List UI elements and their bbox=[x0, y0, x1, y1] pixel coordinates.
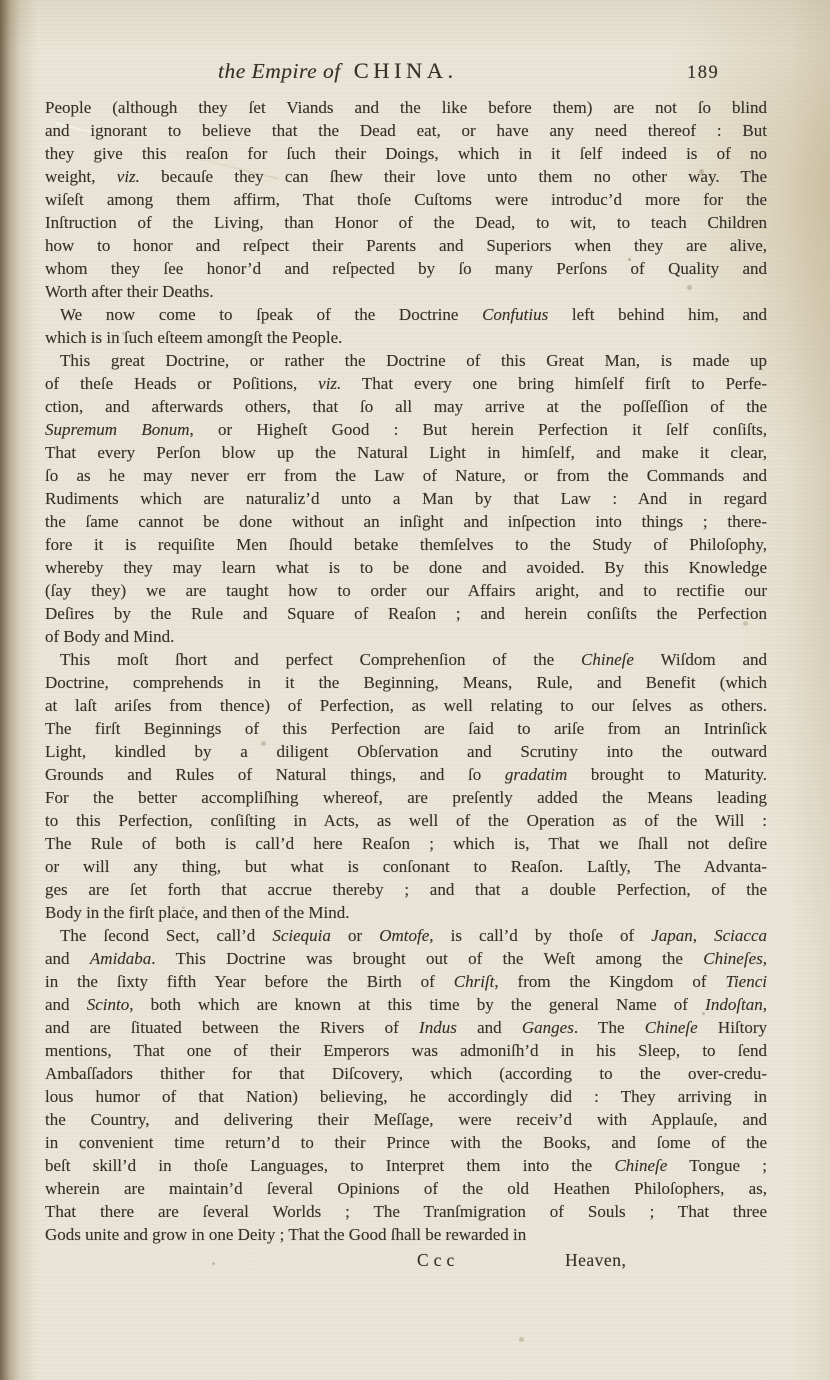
catchword: Heaven, bbox=[565, 1250, 626, 1271]
italic-term: Omtofe bbox=[379, 926, 429, 945]
text-line: whom they ſee honor’d and reſpected by ſ… bbox=[45, 257, 767, 280]
italic-term: gradatim bbox=[505, 765, 567, 784]
text-line: Inſtruction of the Living, than Honor of… bbox=[45, 211, 767, 234]
text-line: Rudiments which are naturaliz’d unto a M… bbox=[45, 487, 767, 510]
text-line: The Rule of both is call’d here Reaſon ;… bbox=[45, 832, 767, 855]
italic-term: Sciacca bbox=[714, 926, 767, 945]
italic-term: Tienci bbox=[725, 972, 767, 991]
text-line: Doctrine, comprehends in it the Beginnin… bbox=[45, 671, 767, 694]
text-line: ſo as he may never err from the Law of N… bbox=[45, 464, 767, 487]
text-line: how to honor and reſpect their Parents a… bbox=[45, 234, 767, 257]
italic-term: Chineſes bbox=[703, 949, 763, 968]
text-line: and Scinto, both which are known at this… bbox=[45, 993, 767, 1016]
body-text-block: People (although they ſet Viands and the… bbox=[45, 96, 767, 1246]
text-line: wiſeſt among them affirm, That thoſe Cuſ… bbox=[45, 188, 767, 211]
text-line: lous humor of that Nation) believing, he… bbox=[45, 1085, 767, 1108]
text-line: at laſt ariſes from thence) of Perfectio… bbox=[45, 694, 767, 717]
text-line: wherein are maintain’d ſeveral Opinions … bbox=[45, 1177, 767, 1200]
paragraph: This great Doctrine, or rather the Doctr… bbox=[45, 349, 767, 648]
text-line: in convenient time return’d to their Pri… bbox=[45, 1131, 767, 1154]
running-title-caps: CHINA. bbox=[354, 58, 458, 83]
italic-term: Amidaba bbox=[90, 949, 151, 968]
paragraph: The ſecond Sect, call’d Sciequia or Omto… bbox=[45, 924, 767, 1246]
text-line: ction, and afterwards others, that ſo al… bbox=[45, 395, 767, 418]
paragraph: We now come to ſpeak of the Doctrine Con… bbox=[45, 303, 767, 349]
text-line: and are ſituated between the Rivers of I… bbox=[45, 1016, 767, 1039]
italic-term: Chriſt bbox=[454, 972, 495, 991]
italic-term: Supremum Bonum bbox=[45, 420, 189, 439]
text-line: Worth after their Deaths. bbox=[45, 280, 767, 303]
italic-term: Scinto bbox=[87, 995, 130, 1014]
paragraph: This moſt ſhort and perfect Comprehenſio… bbox=[45, 648, 767, 924]
text-line: Body in the firſt place, and then of the… bbox=[45, 901, 767, 924]
text-line: Supremum Bonum, or Higheſt Good : But he… bbox=[45, 418, 767, 441]
text-line: mentions, That one of their Emperors was… bbox=[45, 1039, 767, 1062]
text-line: We now come to ſpeak of the Doctrine Con… bbox=[45, 303, 767, 326]
text-line: Deſires by the Rule and Square of Reaſon… bbox=[45, 602, 767, 625]
direction-line: Ccc Heaven, bbox=[45, 1250, 767, 1276]
running-header: the Empire of CHINA. 189 bbox=[0, 58, 830, 96]
book-page-scan: the Empire of CHINA. 189 People (althoug… bbox=[0, 0, 830, 1380]
text-line: and Amidaba. This Doctrine was brought o… bbox=[45, 947, 767, 970]
text-line: This moſt ſhort and perfect Comprehenſio… bbox=[45, 648, 767, 671]
text-line: Grounds and Rules of Natural things, and… bbox=[45, 763, 767, 786]
text-line: the Country, and delivering their Meſſag… bbox=[45, 1108, 767, 1131]
text-line: whereby they may learn what is to be don… bbox=[45, 556, 767, 579]
foxing-spots bbox=[0, 0, 3, 3]
text-line: the ſame cannot be done without an inſig… bbox=[45, 510, 767, 533]
text-line: of theſe Heads or Poſitions, viz. That e… bbox=[45, 372, 767, 395]
text-line: This great Doctrine, or rather the Doctr… bbox=[45, 349, 767, 372]
text-line: Gods unite and grow in one Deity ; That … bbox=[45, 1223, 767, 1246]
text-line: Ambaſſadors thither for that Diſcovery, … bbox=[45, 1062, 767, 1085]
italic-term: Indus bbox=[419, 1018, 457, 1037]
text-line: That there are ſeveral Worlds ; The Tran… bbox=[45, 1200, 767, 1223]
text-line: which is in ſuch eſteem amongſt the Peop… bbox=[45, 326, 767, 349]
text-line: That every Perſon blow up the Natural Li… bbox=[45, 441, 767, 464]
running-title: the Empire of CHINA. bbox=[218, 58, 458, 84]
italic-term: Ganges bbox=[522, 1018, 574, 1037]
italic-term: Chineſe bbox=[581, 650, 634, 669]
italic-term: Sciequia bbox=[272, 926, 331, 945]
italic-term: Confutius bbox=[482, 305, 548, 324]
running-title-italic: the Empire of bbox=[218, 59, 341, 83]
italic-term: Chineſe bbox=[645, 1018, 698, 1037]
italic-term: Indoſtan bbox=[705, 995, 763, 1014]
italic-term: Japan bbox=[651, 926, 693, 945]
text-line: The firſt Beginnings of this Perfection … bbox=[45, 717, 767, 740]
text-line: For the better accompliſhing whereof, ar… bbox=[45, 786, 767, 809]
italic-term: viz. bbox=[117, 167, 140, 186]
text-line: and ignorant to believe that the Dead ea… bbox=[45, 119, 767, 142]
text-line: or will any thing, but what is conſonant… bbox=[45, 855, 767, 878]
text-line: The ſecond Sect, call’d Sciequia or Omto… bbox=[45, 924, 767, 947]
text-line: (ſay they) we are taught how to order ou… bbox=[45, 579, 767, 602]
paragraph: People (although they ſet Viands and the… bbox=[45, 96, 767, 303]
text-line: to this Perfection, conſiſting in Acts, … bbox=[45, 809, 767, 832]
italic-term: Chineſe bbox=[614, 1156, 667, 1175]
page-number: 189 bbox=[687, 63, 719, 84]
text-line: weight, viz. becauſe they can ſhew their… bbox=[45, 165, 767, 188]
text-line: fore it is requiſite Men ſhould betake t… bbox=[45, 533, 767, 556]
text-line: in the ſixty fifth Year before the Birth… bbox=[45, 970, 767, 993]
text-line: Light, kindled by a diligent Obſervation… bbox=[45, 740, 767, 763]
text-line: People (although they ſet Viands and the… bbox=[45, 96, 767, 119]
text-line: ges are ſet forth that accrue thereby ; … bbox=[45, 878, 767, 901]
binding-gutter-shadow bbox=[0, 0, 38, 1380]
signature-mark: Ccc bbox=[417, 1250, 459, 1271]
italic-term: viz. bbox=[318, 374, 341, 393]
text-line: they give this reaſon for ſuch their Doi… bbox=[45, 142, 767, 165]
text-line: of Body and Mind. bbox=[45, 625, 767, 648]
text-line: beſt skill’d in thoſe Languages, to Inte… bbox=[45, 1154, 767, 1177]
